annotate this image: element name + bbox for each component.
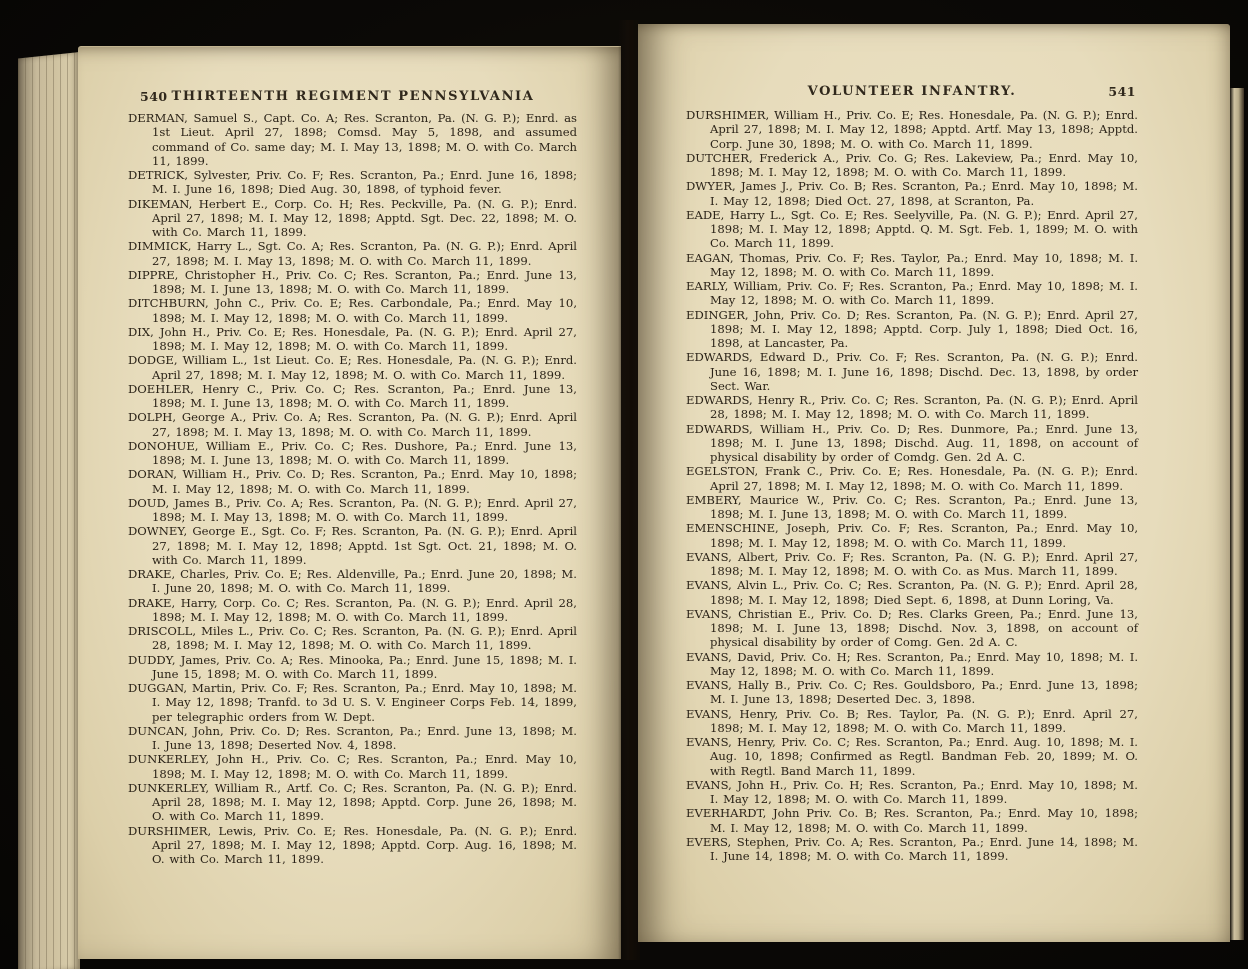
- roster-entry: EVANS, Henry, Priv. Co. C; Res. Scranton…: [686, 735, 1138, 778]
- left-roster-entries: DERMAN, Samuel S., Capt. Co. A; Res. Scr…: [128, 111, 577, 866]
- left-page: 540 THIRTEENTH REGIMENT PENNSYLVANIA DER…: [78, 46, 621, 959]
- roster-entry: DIX, John H., Priv. Co. E; Res. Honesdal…: [128, 325, 577, 354]
- roster-entry: DUTCHER, Frederick A., Priv. Co. G; Res.…: [686, 151, 1138, 180]
- roster-entry: DURSHIMER, Lewis, Priv. Co. E; Res. Hone…: [128, 824, 577, 867]
- roster-entry: EADE, Harry L., Sgt. Co. E; Res. Seelyvi…: [686, 208, 1138, 251]
- roster-entry: DIKEMAN, Herbert E., Corp. Co. H; Res. P…: [128, 197, 577, 240]
- roster-entry: DIMMICK, Harry L., Sgt. Co. A; Res. Scra…: [128, 239, 577, 268]
- roster-entry: EDWARDS, Henry R., Priv. Co. C; Res. Scr…: [686, 393, 1138, 422]
- book-gutter-shadow: [618, 20, 640, 960]
- roster-entry: EMENSCHINE, Joseph, Priv. Co. F; Res. Sc…: [686, 521, 1138, 550]
- right-page-number: 541: [1108, 84, 1136, 99]
- roster-entry: EVANS, Alvin L., Priv. Co. C; Res. Scran…: [686, 578, 1138, 607]
- roster-entry: EVANS, Henry, Priv. Co. B; Res. Taylor, …: [686, 707, 1138, 736]
- roster-entry: EVANS, Hally B., Priv. Co. C; Res. Gould…: [686, 678, 1138, 707]
- roster-entry: DUNKERLEY, William R., Artf. Co. C; Res.…: [128, 781, 577, 824]
- roster-entry: EDWARDS, Edward D., Priv. Co. F; Res. Sc…: [686, 350, 1138, 393]
- roster-entry: DOUD, James B., Priv. Co. A; Res. Scrant…: [128, 496, 577, 525]
- roster-entry: EVANS, John H., Priv. Co. H; Res. Scrant…: [686, 778, 1138, 807]
- roster-entry: EVERS, Stephen, Priv. Co. A; Res. Scrant…: [686, 835, 1138, 864]
- roster-entry: EMBERY, Maurice W., Priv. Co. C; Res. Sc…: [686, 493, 1138, 522]
- page-stack-left-edge: [18, 52, 80, 969]
- right-page: VOLUNTEER INFANTRY. 541 DURSHIMER, Willi…: [638, 24, 1230, 942]
- book-spread: 540 THIRTEENTH REGIMENT PENNSYLVANIA DER…: [0, 0, 1248, 969]
- roster-entry: DUNCAN, John, Priv. Co. D; Res. Scranton…: [128, 724, 577, 753]
- roster-entry: EVANS, David, Priv. Co. H; Res. Scranton…: [686, 650, 1138, 679]
- roster-entry: EVANS, Christian E., Priv. Co. D; Res. C…: [686, 607, 1138, 650]
- roster-entry: EDWARDS, William H., Priv. Co. D; Res. D…: [686, 422, 1138, 465]
- left-header-title: THIRTEENTH REGIMENT PENNSYLVANIA: [128, 89, 578, 104]
- roster-entry: EAGAN, Thomas, Priv. Co. F; Res. Taylor,…: [686, 251, 1138, 280]
- roster-entry: DRAKE, Harry, Corp. Co. C; Res. Scranton…: [128, 596, 577, 625]
- roster-entry: EVERHARDT, John Priv. Co. B; Res. Scrant…: [686, 806, 1138, 835]
- roster-entry: EDINGER, John, Priv. Co. D; Res. Scranto…: [686, 308, 1138, 351]
- page-stack-right-edge: [1230, 88, 1244, 940]
- roster-entry: EARLY, William, Priv. Co. F; Res. Scrant…: [686, 279, 1138, 308]
- roster-entry: DORAN, William H., Priv. Co. D; Res. Scr…: [128, 467, 577, 496]
- roster-entry: DUDDY, James, Priv. Co. A; Res. Minooka,…: [128, 653, 577, 682]
- roster-entry: EVANS, Albert, Priv. Co. F; Res. Scranto…: [686, 550, 1138, 579]
- roster-entry: DIPPRE, Christopher H., Priv. Co. C; Res…: [128, 268, 577, 297]
- roster-entry: DERMAN, Samuel S., Capt. Co. A; Res. Scr…: [128, 111, 577, 168]
- roster-entry: DOLPH, George A., Priv. Co. A; Res. Scra…: [128, 410, 577, 439]
- roster-entry: EGELSTON, Frank C., Priv. Co. E; Res. Ho…: [686, 464, 1138, 493]
- right-header-title: VOLUNTEER INFANTRY.: [686, 84, 1138, 99]
- right-roster-entries: DURSHIMER, William H., Priv. Co. E; Res.…: [686, 108, 1138, 863]
- roster-entry: DUNKERLEY, John H., Priv. Co. C; Res. Sc…: [128, 752, 577, 781]
- roster-entry: DOEHLER, Henry C., Priv. Co. C; Res. Scr…: [128, 382, 577, 411]
- roster-entry: DURSHIMER, William H., Priv. Co. E; Res.…: [686, 108, 1138, 151]
- roster-entry: DRAKE, Charles, Priv. Co. E; Res. Aldenv…: [128, 567, 577, 596]
- roster-entry: DWYER, James J., Priv. Co. B; Res. Scran…: [686, 179, 1138, 208]
- roster-entry: DONOHUE, William E., Priv. Co. C; Res. D…: [128, 439, 577, 468]
- roster-entry: DODGE, William L., 1st Lieut. Co. E; Res…: [128, 353, 577, 382]
- roster-entry: DOWNEY, George E., Sgt. Co. F; Res. Scra…: [128, 524, 577, 567]
- roster-entry: DETRICK, Sylvester, Priv. Co. F; Res. Sc…: [128, 168, 577, 197]
- roster-entry: DITCHBURN, John C., Priv. Co. E; Res. Ca…: [128, 296, 577, 325]
- roster-entry: DRISCOLL, Miles L., Priv. Co. C; Res. Sc…: [128, 624, 577, 653]
- roster-entry: DUGGAN, Martin, Priv. Co. F; Res. Scrant…: [128, 681, 577, 724]
